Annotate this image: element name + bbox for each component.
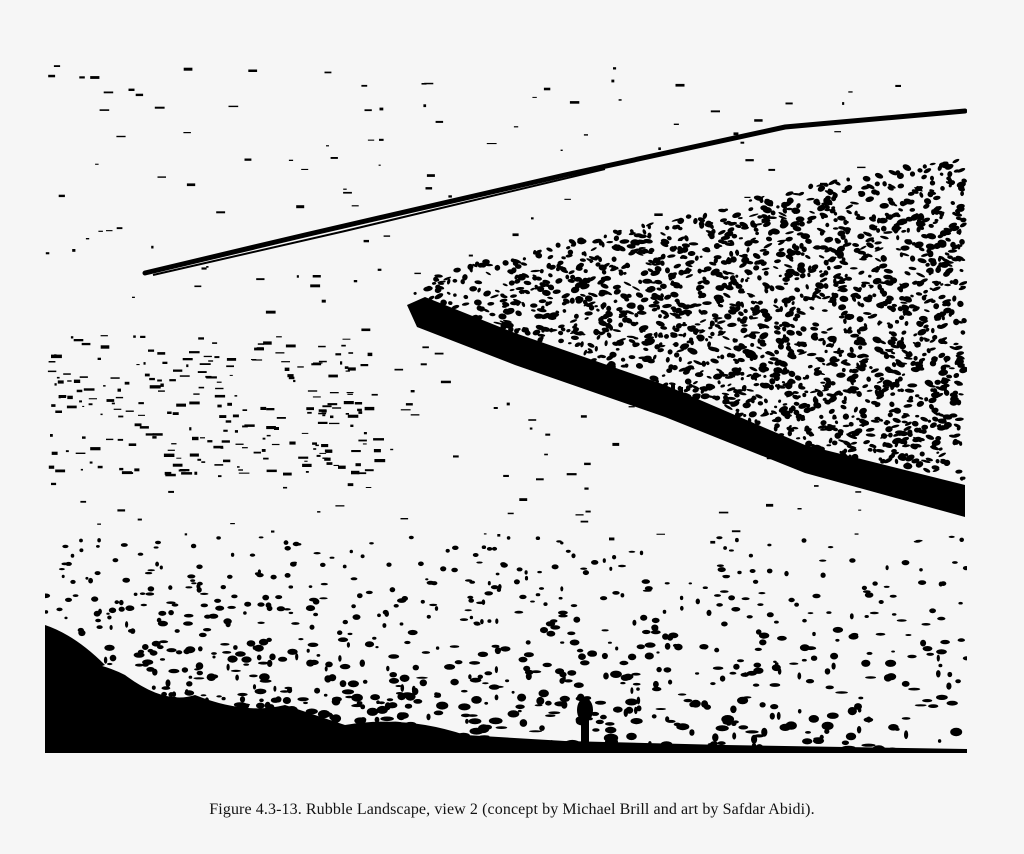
figure-caption: Figure 4.3-13. Rubble Landscape, view 2 … — [0, 801, 1024, 819]
figure-illustration — [45, 65, 967, 753]
rubble-landscape-drawing — [45, 65, 967, 753]
